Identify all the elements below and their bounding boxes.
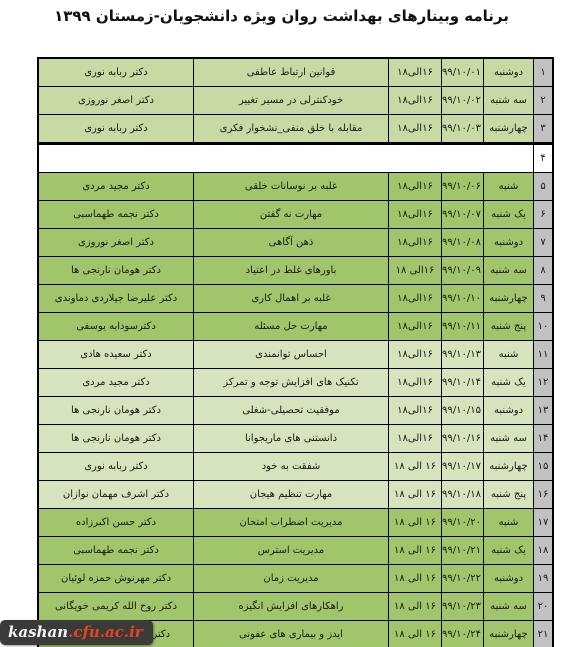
time-cell: ۱۶الی۱۸: [389, 397, 442, 425]
time-cell: ۱۶ الی ۱۸: [389, 537, 442, 565]
table-row: ۶یک شنبه۹۹/۱۰/۰۷۱۶الی۱۸مهارت نه گفتندکتر…: [38, 201, 553, 229]
table-row: ۱۱شنبه۹۹/۱۰/۱۳۱۶الی۱۸احساس توانمندیدکتر …: [38, 341, 553, 369]
table-row: ۱دوشنبه۹۹/۱۰/۰۱۱۶الی۱۸قوانین ارتباط عاطف…: [38, 58, 553, 87]
date-cell: ۹۹/۱۰/۱۱: [442, 313, 484, 341]
topic-cell: مدیریت اضطراب امتحان: [194, 509, 389, 537]
time-cell: ۱۶ الی ۱۸: [389, 565, 442, 593]
presenter-cell: دکتر هومان نارنجی ها: [38, 257, 194, 285]
presenter-cell: دکتر مجید مردی: [38, 173, 194, 201]
day-cell: چهارشنبه: [484, 115, 534, 144]
day-cell: دوشنبه: [484, 229, 534, 257]
day-cell: پنج شنبه: [484, 313, 534, 341]
table-row: ۱۰پنج شنبه۹۹/۱۰/۱۱۱۶الی۱۸مهارت حل مسئلهد…: [38, 313, 553, 341]
row-number-cell: ۱۶: [534, 481, 554, 509]
row-number-cell: ۱۲: [534, 369, 554, 397]
table-row: ۲۰سه شنبه۹۹/۱۰/۲۳۱۶ الی ۱۸راهکارهای افزا…: [38, 593, 553, 621]
table-row: ۱۶پنج شنبه۹۹/۱۰/۱۸۱۶ الی ۱۸مهارت تنظیم ه…: [38, 481, 553, 509]
webinar-schedule-table: ۱دوشنبه۹۹/۱۰/۰۱۱۶الی۱۸قوانین ارتباط عاطف…: [37, 57, 554, 647]
time-cell: ۱۶الی۱۸: [389, 285, 442, 313]
presenter-cell: دکتر نجمه طهماسبی: [38, 201, 194, 229]
topic-cell: مهارت حل مسئله: [194, 313, 389, 341]
row-number-cell: ۱۸: [534, 537, 554, 565]
topic-cell: غلبه بر نوسانات خلقی: [194, 173, 389, 201]
table-row: ۱۲یک شنبه۹۹/۱۰/۱۴۱۶الی۱۸تکنیک های افزایش…: [38, 369, 553, 397]
page: برنامه وبینارهای بهداشت روان ویژه دانشجو…: [0, 0, 563, 647]
table-row: ۷دوشنبه۹۹/۱۰/۰۸۱۶الی۱۸ذهن آگاهیدکتر اصغر…: [38, 229, 553, 257]
table-row: ۱۷شنبه۹۹/۱۰/۲۰۱۶ الی ۱۸مدیریت اضطراب امت…: [38, 509, 553, 537]
table-row: ۱۵چهارشنبه۹۹/۱۰/۱۷۱۶ الی ۱۸شفقت به خوددک…: [38, 453, 553, 481]
day-cell: سه شنبه: [484, 425, 534, 453]
day-cell: [484, 144, 534, 173]
presenter-cell: دکتر سعیده هادی: [38, 341, 194, 369]
row-number-cell: ۲۰: [534, 593, 554, 621]
date-cell: ۹۹/۱۰/۱۸: [442, 481, 484, 509]
topic-cell: تکنیک های افزایش توجه و تمرکز: [194, 369, 389, 397]
presenter-cell: دکتر علیرضا جیلاردی دماوندی: [38, 285, 194, 313]
row-number-cell: ۲: [534, 87, 554, 115]
row-number-cell: ۱۱: [534, 341, 554, 369]
day-cell: یک شنبه: [484, 537, 534, 565]
topic-cell: [194, 144, 389, 173]
presenter-cell: دکتر ربابه نوری: [38, 115, 194, 144]
date-cell: ۹۹/۱۰/۰۲: [442, 87, 484, 115]
time-cell: ۱۶الی۱۸: [389, 341, 442, 369]
time-cell: ۱۶ الی ۱۸: [389, 621, 442, 647]
presenter-cell: دکتر اصغر نوروزی: [38, 87, 194, 115]
day-cell: سه شنبه: [484, 87, 534, 115]
presenter-cell: دکتر نجمه طهماسبی: [38, 537, 194, 565]
day-cell: شنبه: [484, 173, 534, 201]
watermark-site-suffix: .cfu.ac.ir: [68, 623, 143, 641]
row-number-cell: ۱۷: [534, 509, 554, 537]
page-title: برنامه وبینارهای بهداشت روان ویژه دانشجو…: [0, 7, 563, 25]
row-number-cell: ۱۵: [534, 453, 554, 481]
time-cell: ۱۶الی۱۸: [389, 58, 442, 87]
date-cell: ۹۹/۱۰/۰۳: [442, 115, 484, 144]
topic-cell: راهکارهای افزایش انگیزه: [194, 593, 389, 621]
topic-cell: مهارت تنظیم هیجان: [194, 481, 389, 509]
day-cell: دوشنبه: [484, 58, 534, 87]
day-cell: دوشنبه: [484, 565, 534, 593]
table-row: ۱۸یک شنبه۹۹/۱۰/۲۱۱۶ الی ۱۸مدیریت استرسدک…: [38, 537, 553, 565]
topic-cell: خودکنترلی در مسیر تغییر: [194, 87, 389, 115]
table-row: ۳چهارشنبه۹۹/۱۰/۰۳۱۶الی۱۸مقابله با خلق من…: [38, 115, 553, 144]
day-cell: شنبه: [484, 341, 534, 369]
row-number-cell: ۱۳: [534, 397, 554, 425]
topic-cell: باورهای غلط در اعتیاد: [194, 257, 389, 285]
date-cell: ۹۹/۱۰/۱۴: [442, 369, 484, 397]
table-row: ۲سه شنبه۹۹/۱۰/۰۲۱۶الی۱۸خودکنترلی در مسیر…: [38, 87, 553, 115]
date-cell: ۹۹/۱۰/۲۱: [442, 537, 484, 565]
date-cell: ۹۹/۱۰/۰۸: [442, 229, 484, 257]
day-cell: شنبه: [484, 509, 534, 537]
time-cell: ۱۶الی۱۸: [389, 87, 442, 115]
table-row: ۱۳دوشنبه۹۹/۱۰/۱۵۱۶الی۱۸موفقیت تحصیلی-شغل…: [38, 397, 553, 425]
day-cell: یک شنبه: [484, 201, 534, 229]
presenter-cell: دکتر اشرف مهمان نوازان: [38, 481, 194, 509]
schedule-body: ۱دوشنبه۹۹/۱۰/۰۱۱۶الی۱۸قوانین ارتباط عاطف…: [38, 58, 553, 647]
day-cell: چهارشنبه: [484, 621, 534, 647]
topic-cell: شفقت به خود: [194, 453, 389, 481]
row-number-cell: ۹: [534, 285, 554, 313]
time-cell: ۱۶الی۱۸: [389, 201, 442, 229]
table-row: ۸سه شنبه۹۹/۱۰/۰۹۱۶الی ۱۸باورهای غلط در ا…: [38, 257, 553, 285]
date-cell: ۹۹/۱۰/۱۵: [442, 397, 484, 425]
presenter-cell: دکتر هومان نارنجی ها: [38, 397, 194, 425]
row-number-cell: ۸: [534, 257, 554, 285]
table-row: ۱۹دوشنبه۹۹/۱۰/۲۲۱۶ الی ۱۸مدیریت زماندکتر…: [38, 565, 553, 593]
time-cell: ۱۶ الی ۱۸: [389, 509, 442, 537]
day-cell: چهارشنبه: [484, 285, 534, 313]
date-cell: ۹۹/۱۰/۱۳: [442, 341, 484, 369]
row-number-cell: ۳: [534, 115, 554, 144]
presenter-cell: دکترسودابه یوسفی: [38, 313, 194, 341]
topic-cell: مقابله با خلق منفی_نشخوار فکری: [194, 115, 389, 144]
row-number-cell: ۱۴: [534, 425, 554, 453]
time-cell: [389, 144, 442, 173]
table-row: ۵شنبه۹۹/۱۰/۰۶۱۶الی۱۸غلبه بر نوسانات خلقی…: [38, 173, 553, 201]
row-number-cell: ۱۰: [534, 313, 554, 341]
day-cell: دوشنبه: [484, 397, 534, 425]
date-cell: ۹۹/۱۰/۰۶: [442, 173, 484, 201]
presenter-cell: دکتر روح الله کریمی خویگانی: [38, 593, 194, 621]
topic-cell: غلبه بر اهمال کاری: [194, 285, 389, 313]
topic-cell: مهارت نه گفتن: [194, 201, 389, 229]
time-cell: ۱۶الی۱۸: [389, 173, 442, 201]
date-cell: ۹۹/۱۰/۱۷: [442, 453, 484, 481]
row-number-cell: ۴: [534, 144, 554, 173]
day-cell: چهارشنبه: [484, 453, 534, 481]
watermark-site-prefix: kashan: [8, 623, 68, 641]
date-cell: ۹۹/۱۰/۲۰: [442, 509, 484, 537]
row-number-cell: ۲۱: [534, 621, 554, 647]
topic-cell: مدیریت استرس: [194, 537, 389, 565]
presenter-cell: دکتر ربابه نوری: [38, 58, 194, 87]
row-number-cell: ۵: [534, 173, 554, 201]
time-cell: ۱۶ الی ۱۸: [389, 453, 442, 481]
presenter-cell: [38, 144, 194, 173]
day-cell: یک شنبه: [484, 369, 534, 397]
date-cell: ۹۹/۱۰/۱۶: [442, 425, 484, 453]
time-cell: ۱۶الی۱۸: [389, 425, 442, 453]
row-number-cell: ۱۹: [534, 565, 554, 593]
topic-cell: دانستنی های ماریجوانا: [194, 425, 389, 453]
date-cell: ۹۹/۱۰/۲۴: [442, 621, 484, 647]
time-cell: ۱۶الی۱۸: [389, 229, 442, 257]
topic-cell: ذهن آگاهی: [194, 229, 389, 257]
time-cell: ۱۶الی۱۸: [389, 369, 442, 397]
date-cell: ۹۹/۱۰/۰۱: [442, 58, 484, 87]
table-row: ۴: [38, 144, 553, 173]
time-cell: ۱۶ الی ۱۸: [389, 481, 442, 509]
time-cell: ۱۶الی۱۸: [389, 313, 442, 341]
time-cell: ۱۶ الی ۱۸: [389, 593, 442, 621]
row-number-cell: ۶: [534, 201, 554, 229]
presenter-cell: دکتر ربابه نوری: [38, 453, 194, 481]
presenter-cell: دکتر هومان نارنجی ها: [38, 425, 194, 453]
topic-cell: مدیریت زمان: [194, 565, 389, 593]
date-cell: ۹۹/۱۰/۲۲: [442, 565, 484, 593]
date-cell: ۹۹/۱۰/۱۰: [442, 285, 484, 313]
row-number-cell: ۱: [534, 58, 554, 87]
presenter-cell: دکتر حسن اکبرزاده: [38, 509, 194, 537]
table-row: ۱۴سه شنبه۹۹/۱۰/۱۶۱۶الی۱۸دانستنی های ماری…: [38, 425, 553, 453]
watermark-badge: kashan.cfu.ac.ir: [0, 620, 153, 645]
topic-cell: احساس توانمندی: [194, 341, 389, 369]
topic-cell: موفقیت تحصیلی-شغلی: [194, 397, 389, 425]
day-cell: پنج شنبه: [484, 481, 534, 509]
topic-cell: قوانین ارتباط عاطفی: [194, 58, 389, 87]
day-cell: سه شنبه: [484, 257, 534, 285]
day-cell: سه شنبه: [484, 593, 534, 621]
presenter-cell: دکتر مهرنوش حمزه لوئیان: [38, 565, 194, 593]
topic-cell: ایدز و بیماری های عفونی: [194, 621, 389, 647]
date-cell: [442, 144, 484, 173]
date-cell: ۹۹/۱۰/۲۳: [442, 593, 484, 621]
time-cell: ۱۶الی ۱۸: [389, 257, 442, 285]
row-number-cell: ۷: [534, 229, 554, 257]
table-row: ۹چهارشنبه۹۹/۱۰/۱۰۱۶الی۱۸غلبه بر اهمال کا…: [38, 285, 553, 313]
date-cell: ۹۹/۱۰/۰۹: [442, 257, 484, 285]
presenter-cell: دکتر مجید مردی: [38, 369, 194, 397]
presenter-cell: دکتر اصغر نوروزی: [38, 229, 194, 257]
date-cell: ۹۹/۱۰/۰۷: [442, 201, 484, 229]
time-cell: ۱۶الی۱۸: [389, 115, 442, 144]
